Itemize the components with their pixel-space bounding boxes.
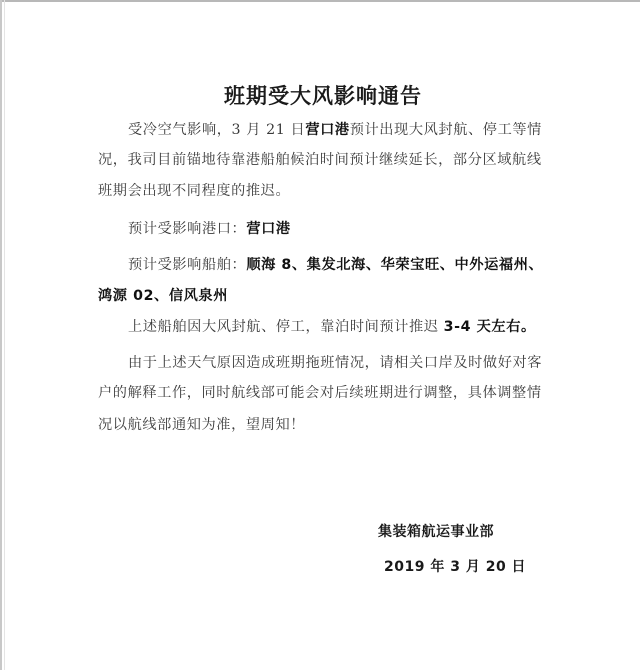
- paragraph1-line1: 受冷空气影响，3 月 21 日营口港预计出现大风封航、停工等情: [98, 121, 578, 139]
- notice-title: 班期受大风影响通告: [98, 80, 548, 110]
- affected-vessels-list-part1: 顺海 8、集发北海、华荣宝旺、中外运福州、: [246, 257, 543, 273]
- final-paragraph-line1: 由于上述天气原因造成班期拖班情况，请相关口岸及时做好对客: [98, 354, 578, 372]
- final-paragraph-line3: 况以航线部通知为准，望周知！: [98, 416, 548, 434]
- affected-vessels-label: 预计受影响船舶：: [128, 257, 246, 273]
- delay-line: 上述船舶因大风封航、停工，靠泊时间预计推迟 3-4 天左右。: [98, 318, 578, 336]
- final-paragraph-line2: 户的解释工作，同时航线部可能会对后续班期进行调整，具体调整情: [98, 384, 548, 402]
- port-name-inline: 营口港: [305, 122, 349, 138]
- affected-port-line: 预计受影响港口：营口港: [98, 220, 578, 238]
- affected-port-value: 营口港: [246, 221, 290, 237]
- affected-port-label: 预计受影响港口：: [128, 221, 246, 237]
- page-left-inner-border: [4, 0, 5, 670]
- paragraph1-prefix: 受冷空气影响，3 月 21 日: [128, 122, 305, 138]
- delay-value: 3-4 天左右。: [444, 319, 536, 335]
- delay-text: 上述船舶因大风封航、停工，靠泊时间预计推迟: [128, 319, 444, 335]
- affected-vessels-line1: 预计受影响船舶：顺海 8、集发北海、华荣宝旺、中外运福州、: [98, 256, 578, 274]
- paragraph1-line3: 班期会出现不同程度的推迟。: [98, 182, 548, 200]
- affected-vessels-list-part2: 鸿源 02、信风泉州: [98, 287, 548, 305]
- page-top-border: [0, 0, 640, 2]
- signature-department: 集装箱航运事业部: [378, 521, 494, 541]
- paragraph1-suffix: 预计出现大风封航、停工等情: [350, 122, 542, 138]
- signature-date: 2019 年 3 月 20 日: [384, 556, 526, 576]
- paragraph1-line2: 况，我司目前锚地待靠港船舶候泊时间预计继续延长，部分区域航线: [98, 151, 548, 169]
- page-left-border: [0, 0, 2, 670]
